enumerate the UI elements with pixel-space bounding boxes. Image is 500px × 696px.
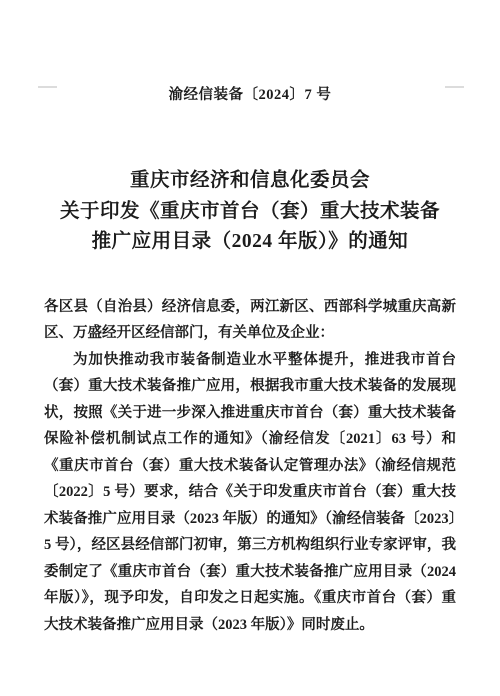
body-paragraph: 为加快推动我市装备制造业水平整体提升，推进我市首台（套）重大技术装备推广应用，根… [44,347,456,639]
document-page: 渝经信装备〔2024〕7 号 重庆市经济和信息化委员会 关于印发《重庆市首台（套… [0,0,500,696]
doc-number: 渝经信装备〔2024〕7 号 [0,86,500,104]
title-line-1: 重庆市经济和信息化委员会 [0,166,500,197]
salutation: 各区县（自治县）经济信息委，两江新区、西部科学城重庆高新区、万盛经开区经信部门，… [44,294,456,347]
document-body: 各区县（自治县）经济信息委，两江新区、西部科学城重庆高新区、万盛经开区经信部门，… [44,294,456,639]
header-rule-right [445,86,464,88]
title-line-3: 推广应用目录（2024 年版）》的通知 [0,227,500,258]
document-title: 重庆市经济和信息化委员会 关于印发《重庆市首台（套）重大技术装备 推广应用目录（… [0,166,500,258]
title-line-2: 关于印发《重庆市首台（套）重大技术装备 [0,197,500,228]
header-rule-left [38,86,57,88]
